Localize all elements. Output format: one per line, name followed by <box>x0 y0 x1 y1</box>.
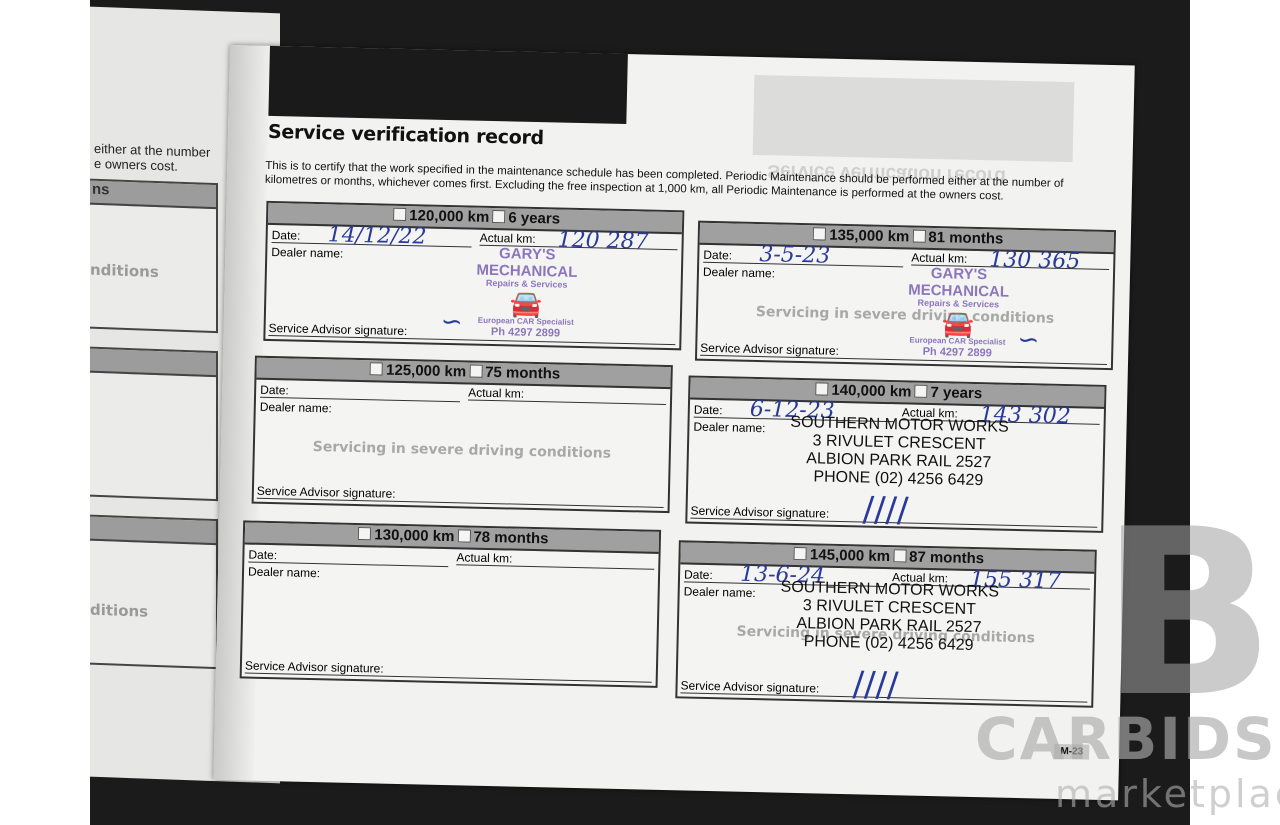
dealer-stamp: GARY'S MECHANICALRepairs & Services🚘Euro… <box>455 245 597 340</box>
period-checkbox[interactable] <box>469 365 482 378</box>
service-record-135000: 135,000 km81 monthsDate:Actual km:Dealer… <box>695 221 1116 370</box>
show-through-tab <box>753 75 1075 162</box>
service-record-120000: 120,000 km6 yearsDate:Actual km:Dealer n… <box>263 201 684 350</box>
record-km: 140,000 km <box>831 382 911 401</box>
actual-km-field[interactable]: Actual km: <box>468 385 666 404</box>
date-label: Date: <box>703 248 732 263</box>
record-km: 125,000 km <box>386 362 466 381</box>
signature-scribble: //// <box>852 664 899 705</box>
page-title: Service verification record <box>268 121 544 149</box>
actual-km-label: Actual km: <box>480 231 536 246</box>
date-label: Date: <box>684 567 713 582</box>
left-record-faded: ditions <box>90 601 148 621</box>
service-record-130000: 130,000 km78 monthsDate:Actual km:Dealer… <box>240 520 661 687</box>
right-margin <box>1190 0 1280 825</box>
dealer-stamp: SOUTHERN MOTOR WORKS3 RIVULET CRESCENTAL… <box>738 578 1040 657</box>
signature-label: Service Advisor signature: <box>700 341 839 358</box>
record-period: 81 months <box>928 229 1003 248</box>
record-km: 130,000 km <box>374 526 454 545</box>
actual-km-label: Actual km: <box>911 251 967 266</box>
signature-scribble: //// <box>862 489 909 530</box>
service-record-125000: 125,000 km75 monthsDate:Actual km:Dealer… <box>252 356 673 513</box>
dealer-stamp: GARY'S MECHANICALRepairs & Services🚘Euro… <box>887 265 1029 360</box>
record-km: 135,000 km <box>829 227 909 246</box>
signature-label: Service Advisor signature: <box>690 504 829 521</box>
signature-label: Service Advisor signature: <box>680 678 819 695</box>
signature-label: Service Advisor signature: <box>268 321 407 338</box>
actual-km-label: Actual km: <box>468 385 524 400</box>
left-record-faded: nditions <box>90 261 159 281</box>
left-record-box <box>90 347 218 501</box>
left-record-head <box>90 349 216 377</box>
left-record-box: ns nditions <box>90 179 218 333</box>
date-label: Date: <box>694 403 723 418</box>
signature-scribble: ∽ <box>1017 325 1039 355</box>
service-record-140000: 140,000 km7 yearsDate:Actual km:Dealer n… <box>685 375 1106 532</box>
km-checkbox[interactable] <box>815 382 828 395</box>
km-checkbox[interactable] <box>813 227 826 240</box>
date-label: Date: <box>248 548 277 563</box>
stamp-name: GARY'S MECHANICAL <box>457 245 598 281</box>
date-field[interactable]: Date: <box>260 383 460 403</box>
service-book-page: Service verification record Service veri… <box>213 45 1134 800</box>
car-icon: 🚘 <box>888 308 1029 339</box>
dealer-name-label: Dealer name: <box>260 400 332 416</box>
actual-km-label: Actual km: <box>456 550 512 565</box>
period-checkbox[interactable] <box>893 549 906 562</box>
left-page-intro: either at the number e owners cost. <box>94 141 210 175</box>
record-km: 120,000 km <box>409 207 489 226</box>
actual-km-field[interactable]: Actual km: <box>456 550 654 569</box>
left-record-box: ditions <box>90 515 218 669</box>
severe-conditions-text: Servicing in severe driving conditions <box>255 438 669 463</box>
page-number: M-23 <box>1054 744 1089 760</box>
record-km: 145,000 km <box>810 546 890 565</box>
period-checkbox[interactable] <box>457 529 470 542</box>
signature-field[interactable]: Service Advisor signature: <box>245 659 652 683</box>
date-field[interactable]: Date: <box>248 548 448 568</box>
period-checkbox[interactable] <box>912 230 925 243</box>
date-label: Date: <box>272 228 301 243</box>
km-checkbox[interactable] <box>370 362 383 375</box>
left-record-head <box>90 517 216 545</box>
photo-background: either at the number e owners cost. ns n… <box>90 0 1190 825</box>
record-period: 87 months <box>909 549 984 568</box>
record-period: 7 years <box>930 384 982 402</box>
record-period: 6 years <box>508 209 560 227</box>
km-checkbox[interactable] <box>794 547 807 560</box>
period-checkbox[interactable] <box>492 210 505 223</box>
date-label: Date: <box>260 383 289 398</box>
dealer-name-label: Dealer name: <box>248 565 320 581</box>
period-checkbox[interactable] <box>914 385 927 398</box>
record-period: 75 months <box>485 364 560 383</box>
dealer-stamp: SOUTHERN MOTOR WORKS3 RIVULET CRESCENTAL… <box>748 413 1050 492</box>
car-icon: 🚘 <box>456 288 597 319</box>
service-record-145000: 145,000 km87 monthsDate:Actual km:Dealer… <box>675 540 1096 707</box>
handwritten-date: 3-5-23 <box>759 242 830 269</box>
signature-scribble: ∽ <box>440 307 462 337</box>
signature-label: Service Advisor signature: <box>245 659 384 676</box>
header-tab <box>268 46 627 124</box>
record-period: 78 months <box>473 529 548 548</box>
signature-label: Service Advisor signature: <box>257 484 396 501</box>
km-checkbox[interactable] <box>393 208 406 221</box>
km-checkbox[interactable] <box>358 527 371 540</box>
left-record-head: ns <box>90 181 216 209</box>
handwritten-date: 14/12/22 <box>327 222 426 249</box>
signature-field[interactable]: Service Advisor signature: <box>257 484 664 508</box>
stamp-name: GARY'S MECHANICAL <box>888 265 1029 301</box>
